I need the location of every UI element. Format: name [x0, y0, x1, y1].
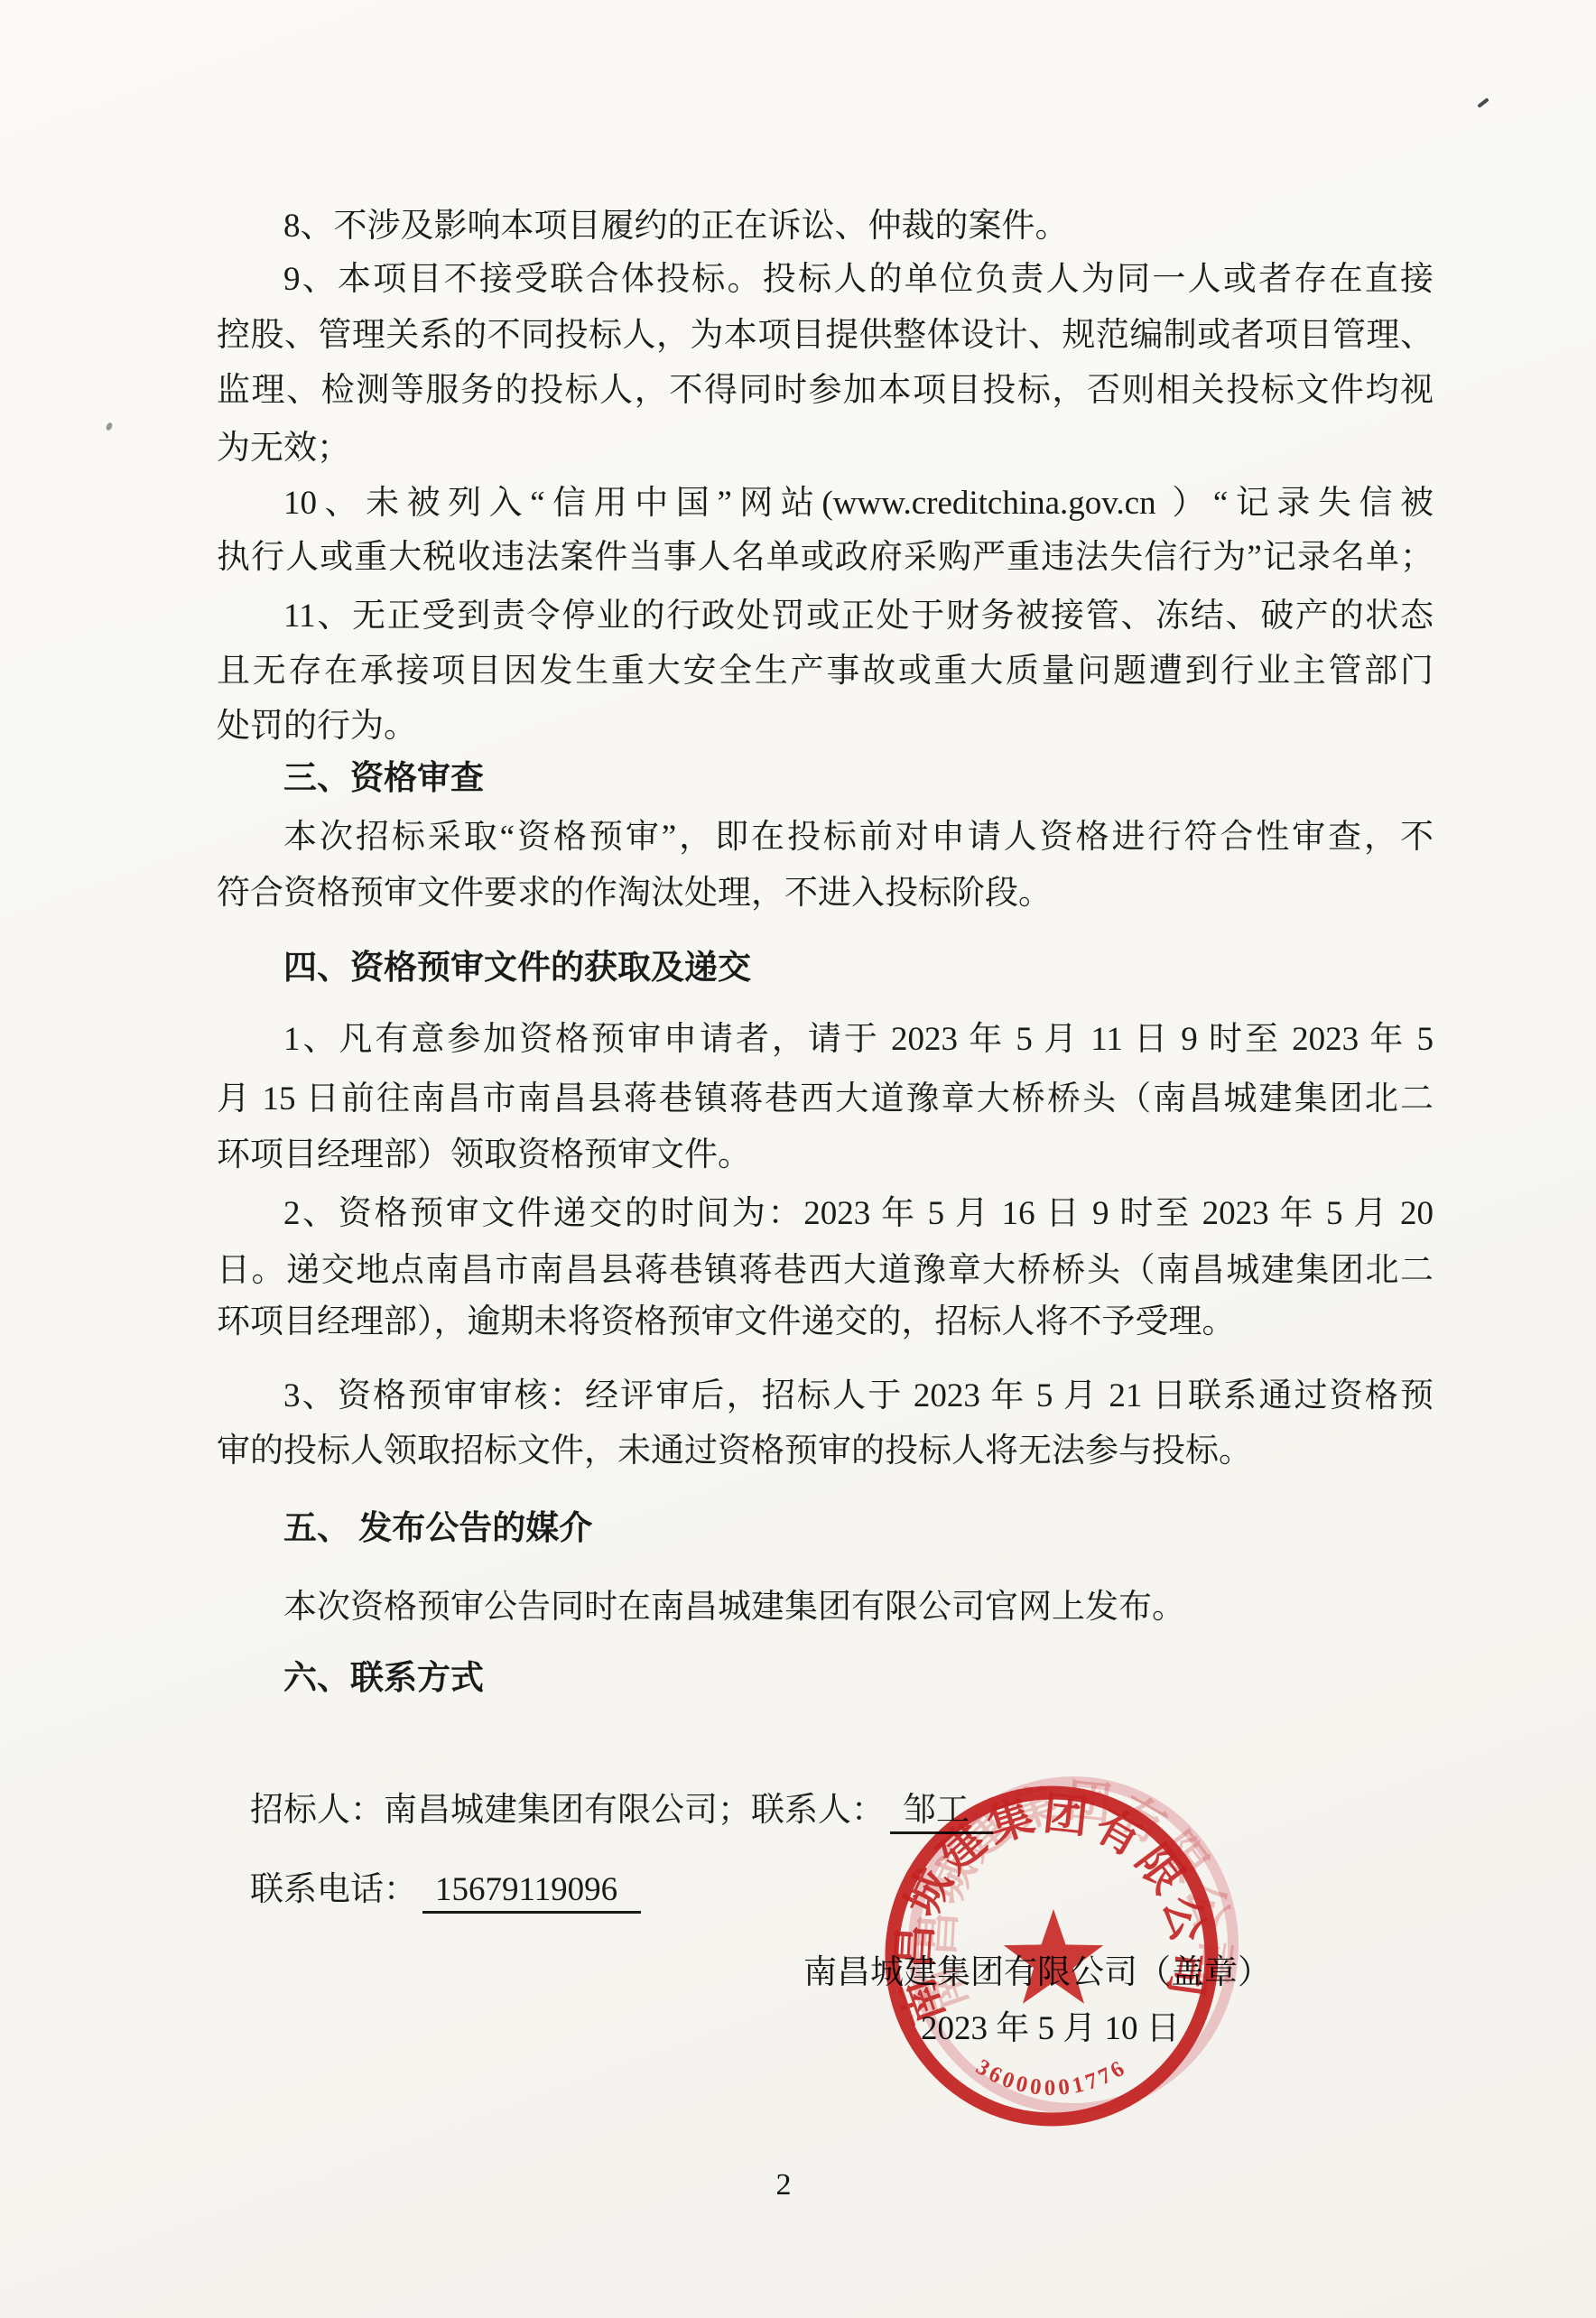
phone-line: 联系电话：15679119096 [217, 1814, 1434, 1966]
scan-artifact-dot [105, 422, 113, 431]
section-4-item-3-line-2: 审的投标人领取招标文件，未通过资格预审的投标人将无法参与投标。 [217, 1426, 1434, 1477]
section-3-heading: 三、资格审查 [217, 754, 1434, 804]
clause-11-line-2: 且无存在承接项目因发生重大安全生产事故或重大质量问题遭到行业主管部门 [217, 646, 1434, 697]
clause-9-line-3: 监理、检测等服务的投标人，不得同时参加本项目投标，否则相关投标文件均视 [217, 366, 1434, 416]
section-5-heading: 五、 发布公告的媒介 [217, 1504, 1434, 1554]
section-4-item-1-line-3: 环项目经理部）领取资格预审文件。 [217, 1130, 1434, 1181]
section-4-item-1-line-2: 月 15 日前往南昌市南昌县蒋巷镇蒋巷西大道豫章大桥桥头（南昌城建集团北二 [217, 1074, 1434, 1125]
clause-10-line-1: 10、未被列入“信用中国”网站(www.creditchina.gov.cn ）… [217, 478, 1434, 529]
clause-9-line-2: 控股、管理关系的不同投标人，为本项目提供整体设计、规范编制或者项目管理、 [217, 311, 1434, 361]
section-4-item-3-line-1: 3、资格预审审核：经评审后，招标人于 2023 年 5 月 21 日联系通过资格… [217, 1371, 1434, 1422]
clause-9-line-4: 为无效； [217, 423, 1434, 474]
clause-11-line-3: 处罚的行为。 [217, 701, 1434, 752]
section-4-item-2-line-1: 2、资格预审文件递交的时间为：2023 年 5 月 16 日 9 时至 2023… [217, 1189, 1434, 1239]
clause-8: 8、不涉及影响本项目履约的正在诉讼、仲裁的案件。 [217, 201, 1434, 252]
section-3-line-1: 本次招标采取“资格预审”，即在投标前对申请人资格进行符合性审查，不 [217, 812, 1434, 863]
section-4-heading: 四、资格预审文件的获取及递交 [217, 943, 1434, 994]
section-4-item-2-line-3: 环项目经理部），逾期未将资格预审文件递交的，招标人将不予受理。 [217, 1297, 1434, 1348]
section-4-item-1-line-1: 1、凡有意参加资格预审申请者，请于 2023 年 5 月 11 日 9 时至 2… [217, 1015, 1434, 1065]
section-3-line-2: 符合资格预审文件要求的作淘汰处理，不进入投标阶段。 [217, 868, 1434, 919]
section-5-body: 本次资格预审公告同时在南昌城建集团有限公司官网上发布。 [217, 1582, 1434, 1633]
signature-date-line: 2023 年 5 月 10 日 [921, 2006, 1180, 2053]
clause-10-line-2: 执行人或重大税收违法案件当事人名单或政府采购严重违法失信行为”记录名单； [217, 533, 1434, 583]
section-6-heading: 六、联系方式 [217, 1654, 1434, 1704]
scan-artifact-tick [1477, 97, 1489, 108]
phone-number-value: 15679119096 [422, 1871, 641, 1914]
phone-label: 联系电话： [250, 1871, 417, 1908]
scanned-document-page: 8、不涉及影响本项目履约的正在诉讼、仲裁的案件。 9、本项目不接受联合体投标。投… [0, 0, 1596, 2318]
clause-11-line-1: 11、无正受到责令停业的行政处罚或正处于财务被接管、冻结、破产的状态 [217, 591, 1434, 642]
signature-company-line: 南昌城建集团有限公司（盖章） [803, 1950, 1271, 1997]
section-4-item-2-line-2: 日。递交地点南昌市南昌县蒋巷镇蒋巷西大道豫章大桥桥头（南昌城建集团北二 [217, 1246, 1434, 1296]
clause-9-line-1: 9、本项目不接受联合体投标。投标人的单位负责人为同一人或者存在直接 [217, 255, 1434, 305]
seal-serial-number: 36000001776 [971, 2054, 1131, 2100]
page-number: 2 [0, 2168, 1582, 2202]
